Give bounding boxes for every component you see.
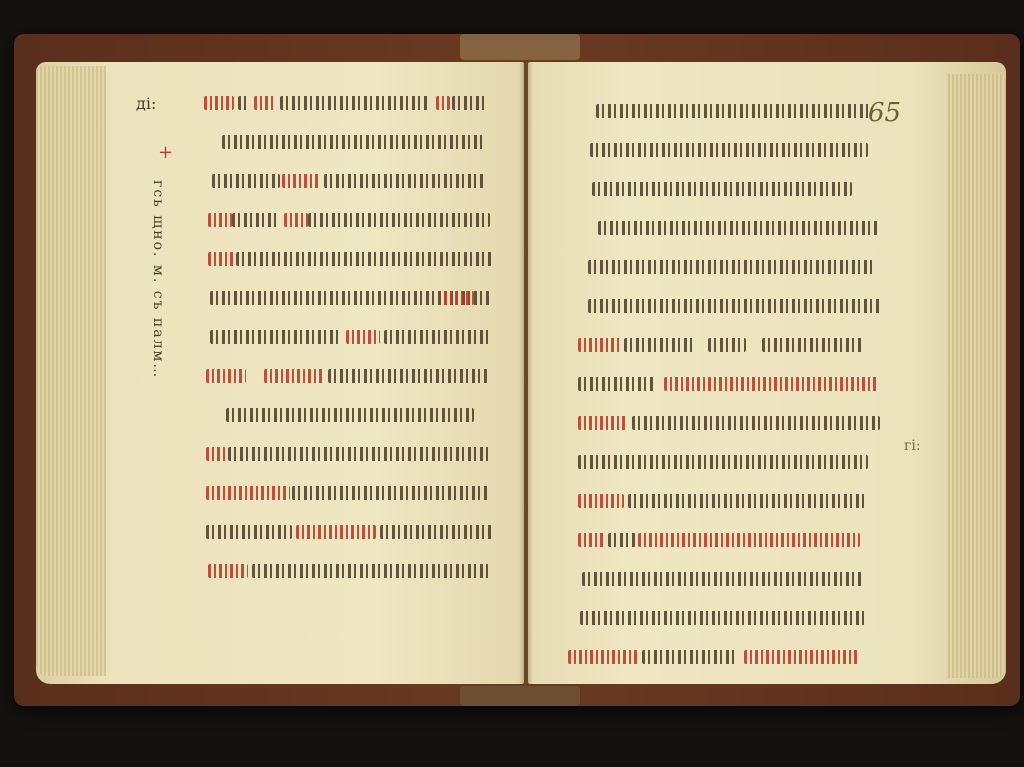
bottom-clasp (460, 686, 580, 706)
manuscript-line (204, 564, 500, 578)
manuscript-line (204, 291, 500, 305)
folio-number: 65 (868, 98, 901, 128)
left-margin-mark: ді: (136, 94, 156, 113)
manuscript-line (578, 416, 888, 430)
manuscript-line (578, 494, 888, 508)
manuscript-line (578, 377, 888, 391)
manuscript-line (578, 182, 888, 196)
right-margin-note: гі: (904, 438, 921, 454)
manuscript-line (578, 650, 888, 664)
manuscript-line (204, 330, 500, 344)
manuscript-line (578, 143, 888, 157)
manuscript-line (578, 455, 888, 469)
manuscript-line (204, 486, 500, 500)
manuscript-line (204, 96, 500, 110)
manuscript-line (578, 221, 888, 235)
rubric-cross: + (158, 142, 173, 163)
manuscript-line (204, 174, 500, 188)
left-margin-vertical-note: гсь щно. м. съ палм… (150, 180, 166, 379)
manuscript-line (578, 104, 888, 118)
manuscript-line (204, 525, 500, 539)
manuscript-line (204, 213, 500, 227)
right-page-text (578, 104, 888, 689)
manuscript-line (578, 611, 888, 625)
left-page-text (204, 96, 500, 603)
manuscript-line (204, 135, 500, 149)
manuscript-line (578, 338, 888, 352)
manuscript-line (578, 260, 888, 274)
book-gutter (519, 62, 533, 684)
manuscript-line (578, 572, 888, 586)
manuscript-line (204, 252, 500, 266)
manuscript-line (578, 533, 888, 547)
right-page-edges (946, 74, 1006, 678)
manuscript-line (204, 408, 500, 422)
manuscript-line (204, 447, 500, 461)
manuscript-line (578, 299, 888, 313)
left-page-edges (36, 66, 106, 676)
top-clasp (460, 34, 580, 60)
manuscript-line (204, 369, 500, 383)
